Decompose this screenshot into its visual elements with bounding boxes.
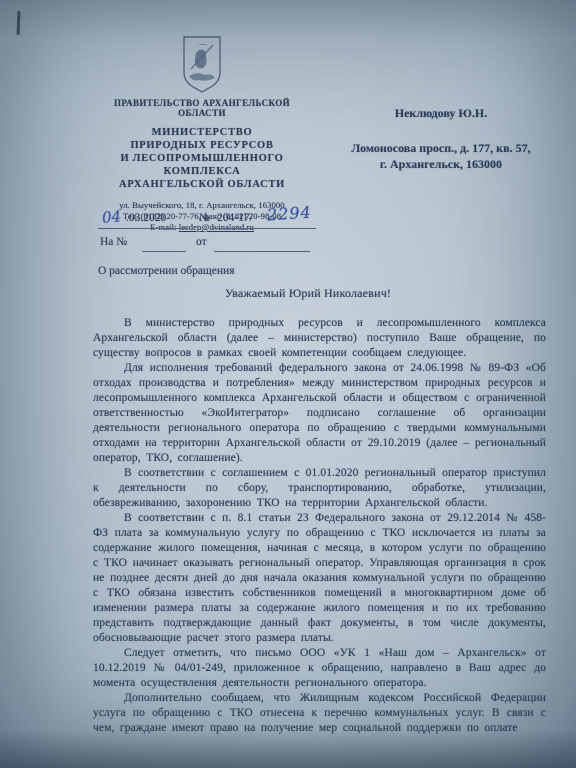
number-underline [212, 228, 316, 229]
date-number-row: 04 .03.2020 № 204-17/ 2294 [98, 209, 358, 231]
scanned-letter-photo: ПРАВИТЕЛЬСТВО АРХАНГЕЛЬСКОЙ ОБЛАСТИ МИНИ… [0, 0, 576, 768]
reply-reference-row: На № от [98, 236, 358, 257]
salutation: Уважаемый Юрий Николаевич! [93, 286, 523, 301]
reply-date-blank [214, 251, 310, 252]
ministry-name: МИНИСТЕРСТВО ПРИРОДНЫХ РЕСУРСОВ И ЛЕСОПР… [95, 126, 309, 191]
body-paragraph: Следует отметить, что письмо ООО «УК 1 «… [93, 646, 546, 691]
reply-number-blank [142, 251, 186, 252]
body-paragraph: Для исполнения требований федерального з… [93, 361, 546, 466]
recipient-block: Неклюдову Ю.Н. Ломоносова просп., д. 177… [337, 105, 545, 172]
number-sign: № [199, 212, 210, 224]
body-paragraph: В министерство природных ресурсов и лесо… [93, 316, 546, 361]
government-title: ПРАВИТЕЛЬСТВО АРХАНГЕЛЬСКОЙ ОБЛАСТИ [95, 98, 309, 118]
reply-from-label: от [196, 236, 207, 248]
body-paragraph: Дополнительно сообщаем, что Жилищным код… [93, 691, 546, 736]
printed-date: .03.2020 [126, 212, 166, 224]
handwritten-date-day: 04 [101, 207, 122, 227]
recipient-name: Неклюдову Ю.Н. [337, 105, 545, 121]
recipient-address-line2: г. Архангельск, 163000 [337, 156, 545, 172]
reference-block: 04 .03.2020 № 204-17/ 2294 На № от О рас… [98, 209, 358, 277]
handwritten-number: 2294 [266, 202, 312, 224]
reply-to-label: На № [100, 236, 127, 248]
body-paragraph: В соответствии с соглашением с 01.01.202… [93, 466, 546, 511]
letterhead: ПРАВИТЕЛЬСТВО АРХАНГЕЛЬСКОЙ ОБЛАСТИ МИНИ… [95, 34, 309, 233]
ministry-name-line: ПРИРОДНЫХ РЕСУРСОВ [95, 139, 309, 152]
body-paragraph: В соответствии с п. 8.1 статьи 23 Федера… [93, 511, 546, 646]
ministry-name-line: АРХАНГЕЛЬСКОЙ ОБЛАСТИ [95, 178, 309, 191]
date-underline [98, 228, 188, 229]
letter-body: В министерство природных ресурсов и лесо… [93, 316, 546, 736]
subject-line: О рассмотрении обращения [98, 265, 358, 277]
ministry-name-line: МИНИСТЕРСТВО [95, 126, 309, 139]
coat-of-arms-icon [179, 34, 225, 94]
ministry-name-line: И ЛЕСОПРОМЫШЛЕННОГО КОМПЛЕКСА [95, 152, 309, 178]
recipient-address-line1: Ломоносова просп., д. 177, кв. 57, [337, 140, 545, 156]
printed-number: 204-17/ [217, 212, 253, 224]
